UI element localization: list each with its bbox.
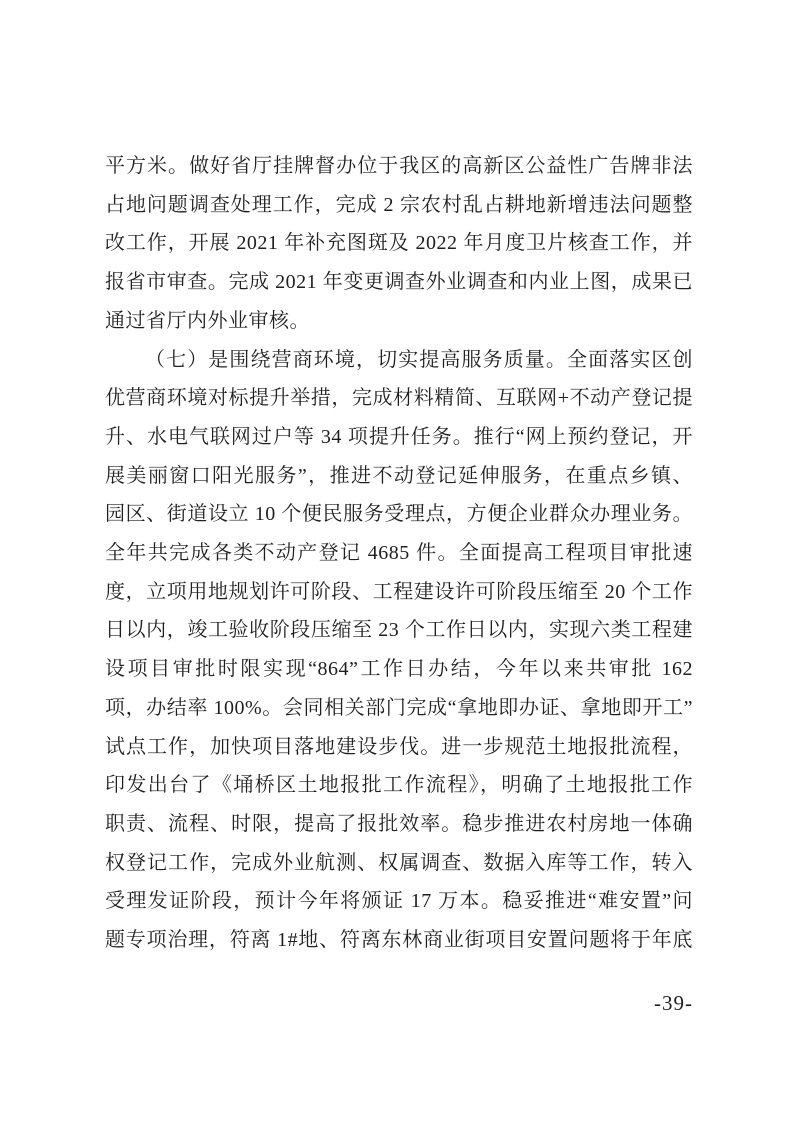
text-line: 通过省厅内外业审核。 — [105, 302, 693, 341]
text-line: 项，办结率 100%。会同相关部门完成“拿地即办证、拿地即开工” — [105, 689, 693, 728]
text-line: 度，立项用地规划许可阶段、工程建设许可阶段压缩至 20 个工作 — [105, 573, 693, 612]
document-text-block: 平方米。做好省厅挂牌督办位于我区的高新区公益性广告牌非法 占地问题调查处理工作，… — [105, 147, 693, 960]
text-line-section-heading: （七）是围绕营商环境，切实提高服务质量。全面落实区创 — [105, 341, 693, 380]
text-line: 职责、流程、时限，提高了报批效率。稳步推进农村房地一体确 — [105, 805, 693, 844]
text-line: 优营商环境对标提升举措，完成材料精简、互联网+不动产登记提 — [105, 379, 693, 418]
document-page: 平方米。做好省厅挂牌督办位于我区的高新区公益性广告牌非法 占地问题调查处理工作，… — [0, 0, 793, 1122]
text-line: 权登记工作，完成外业航测、权属调查、数据入库等工作，转入 — [105, 844, 693, 883]
text-line: 印发出台了《埇桥区土地报批工作流程》，明确了土地报批工作 — [105, 766, 693, 805]
text-line: 占地问题调查处理工作，完成 2 宗农村乱占耕地新增违法问题整 — [105, 186, 693, 225]
text-line: 全年共完成各类不动产登记 4685 件。全面提高工程项目审批速 — [105, 534, 693, 573]
text-line: 报省市审查。完成 2021 年变更调查外业调查和内业上图，成果已 — [105, 263, 693, 302]
text-line: 园区、街道设立 10 个便民服务受理点，方便企业群众办理业务。 — [105, 495, 693, 534]
text-line: 设项目审批时限实现“864”工作日办结，今年以来共审批 162 — [105, 650, 693, 689]
text-line: 升、水电气联网过户等 34 项提升任务。推行“网上预约登记，开 — [105, 418, 693, 457]
page-number: -39- — [654, 991, 693, 1016]
text-line: 改工作，开展 2021 年补充图斑及 2022 年月度卫片核查工作，并 — [105, 224, 693, 263]
text-line: 平方米。做好省厅挂牌督办位于我区的高新区公益性广告牌非法 — [105, 147, 693, 186]
text-line: 受理发证阶段，预计今年将颁证 17 万本。稳妥推进“难安置”问 — [105, 882, 693, 921]
text-line: 题专项治理，符离 1#地、符离东林商业街项目安置问题将于年底 — [105, 921, 693, 960]
text-line: 试点工作，加快项目落地建设步伐。进一步规范土地报批流程， — [105, 728, 693, 767]
text-line: 日以内，竣工验收阶段压缩至 23 个工作日以内，实现六类工程建 — [105, 611, 693, 650]
text-line: 展美丽窗口阳光服务”，推进不动登记延伸服务，在重点乡镇、 — [105, 457, 693, 496]
